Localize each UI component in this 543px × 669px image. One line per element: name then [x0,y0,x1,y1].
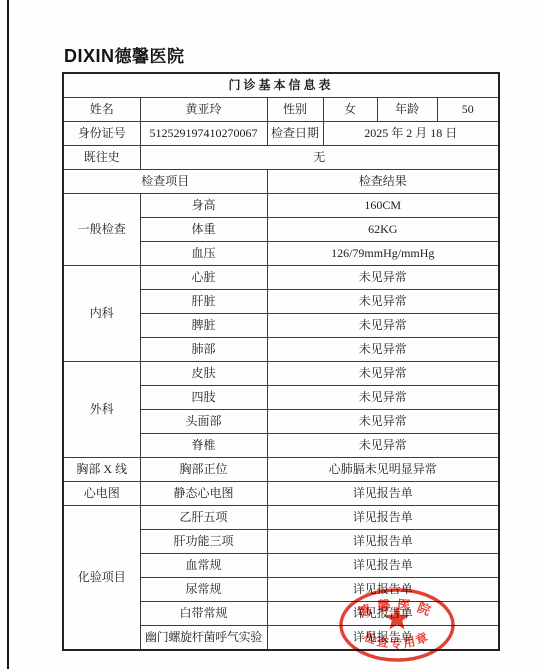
group-label-chest-xray: 胸部 X 线 [63,458,140,482]
scanned-document-page: DIXIN德馨医院 门诊基本信息表 姓名 黄亚玲 性别 女 年龄 50 身份证号… [0,0,543,669]
item-result: 未见异常 [267,362,499,386]
title-row: 门诊基本信息表 [63,73,499,98]
exam-date-label: 检查日期 [267,122,323,146]
item-name: 脾脏 [140,314,267,338]
item-name: 肺部 [140,338,267,362]
outpatient-info-table: 门诊基本信息表 姓名 黄亚玲 性别 女 年龄 50 身份证号 512529197… [62,72,500,651]
item-name: 幽门螺旋杆菌呼气实验 [140,626,267,651]
item-result: 未见异常 [267,266,499,290]
item-name: 胸部正位 [140,458,267,482]
item-name: 体重 [140,218,267,242]
item-result: 126/79mmHg/mmHg [267,242,499,266]
logo-cjk-text: 德馨医院 [115,47,185,66]
item-result: 未见异常 [267,434,499,458]
item-name: 头面部 [140,410,267,434]
logo-latin-text: DIXIN [64,46,115,66]
item-name: 白带常规 [140,602,267,626]
exam-item-header: 检查项目 [63,170,267,194]
item-result: 详见报告单 [267,578,499,602]
age-value: 50 [437,98,499,122]
item-name: 肝功能三项 [140,530,267,554]
item-result: 详见报告单 [267,482,499,506]
item-result: 详见报告单 [267,602,499,626]
item-name: 心脏 [140,266,267,290]
exam-date-value: 2025 年 2 月 18 日 [323,122,499,146]
item-name: 静态心电图 [140,482,267,506]
group-label-lab: 化验项目 [63,506,140,651]
item-result: 未见异常 [267,314,499,338]
table-row: 心电图 静态心电图 详见报告单 [63,482,499,506]
history-row: 既往史 无 [63,146,499,170]
history-label: 既往史 [63,146,140,170]
name-value: 黄亚玲 [140,98,267,122]
id-label: 身份证号 [63,122,140,146]
item-result: 未见异常 [267,338,499,362]
group-label-ecg: 心电图 [63,482,140,506]
table-row: 一般检查 身高 160CM [63,194,499,218]
item-name: 脊椎 [140,434,267,458]
name-label: 姓名 [63,98,140,122]
hospital-logo: DIXIN德馨医院 [64,42,185,67]
group-label-surgical: 外科 [63,362,140,458]
item-name: 血常规 [140,554,267,578]
age-label: 年龄 [377,98,437,122]
item-result: 详见报告单 [267,506,499,530]
item-result: 详见报告单 [267,530,499,554]
item-result: 详见报告单 [267,554,499,578]
name-row: 姓名 黄亚玲 性别 女 年龄 50 [63,98,499,122]
scan-edge-artifact [7,0,9,669]
item-name: 乙肝五项 [140,506,267,530]
item-result: 160CM [267,194,499,218]
exam-result-header: 检查结果 [267,170,499,194]
group-label-internal: 内科 [63,266,140,362]
item-name: 肝脏 [140,290,267,314]
item-name: 尿常规 [140,578,267,602]
id-row: 身份证号 512529197410270067 检查日期 2025 年 2 月 … [63,122,499,146]
section-header-row: 检查项目 检查结果 [63,170,499,194]
group-label-general: 一般检查 [63,194,140,266]
item-result: 心肺膈未见明显异常 [267,458,499,482]
item-name: 皮肤 [140,362,267,386]
item-result: 62KG [267,218,499,242]
gender-label: 性别 [267,98,323,122]
table-row: 外科 皮肤 未见异常 [63,362,499,386]
gender-value: 女 [323,98,377,122]
history-value: 无 [140,146,499,170]
item-name: 身高 [140,194,267,218]
item-name: 四肢 [140,386,267,410]
table-row: 胸部 X 线 胸部正位 心肺膈未见明显异常 [63,458,499,482]
table-row: 内科 心脏 未见异常 [63,266,499,290]
table-row: 化验项目 乙肝五项 详见报告单 [63,506,499,530]
item-result: 未见异常 [267,386,499,410]
item-result: 未见异常 [267,410,499,434]
item-result: 未见异常 [267,290,499,314]
form-title: 门诊基本信息表 [63,73,499,98]
id-value: 512529197410270067 [140,122,267,146]
item-name: 血压 [140,242,267,266]
item-result: 详见报告单 [267,626,499,651]
